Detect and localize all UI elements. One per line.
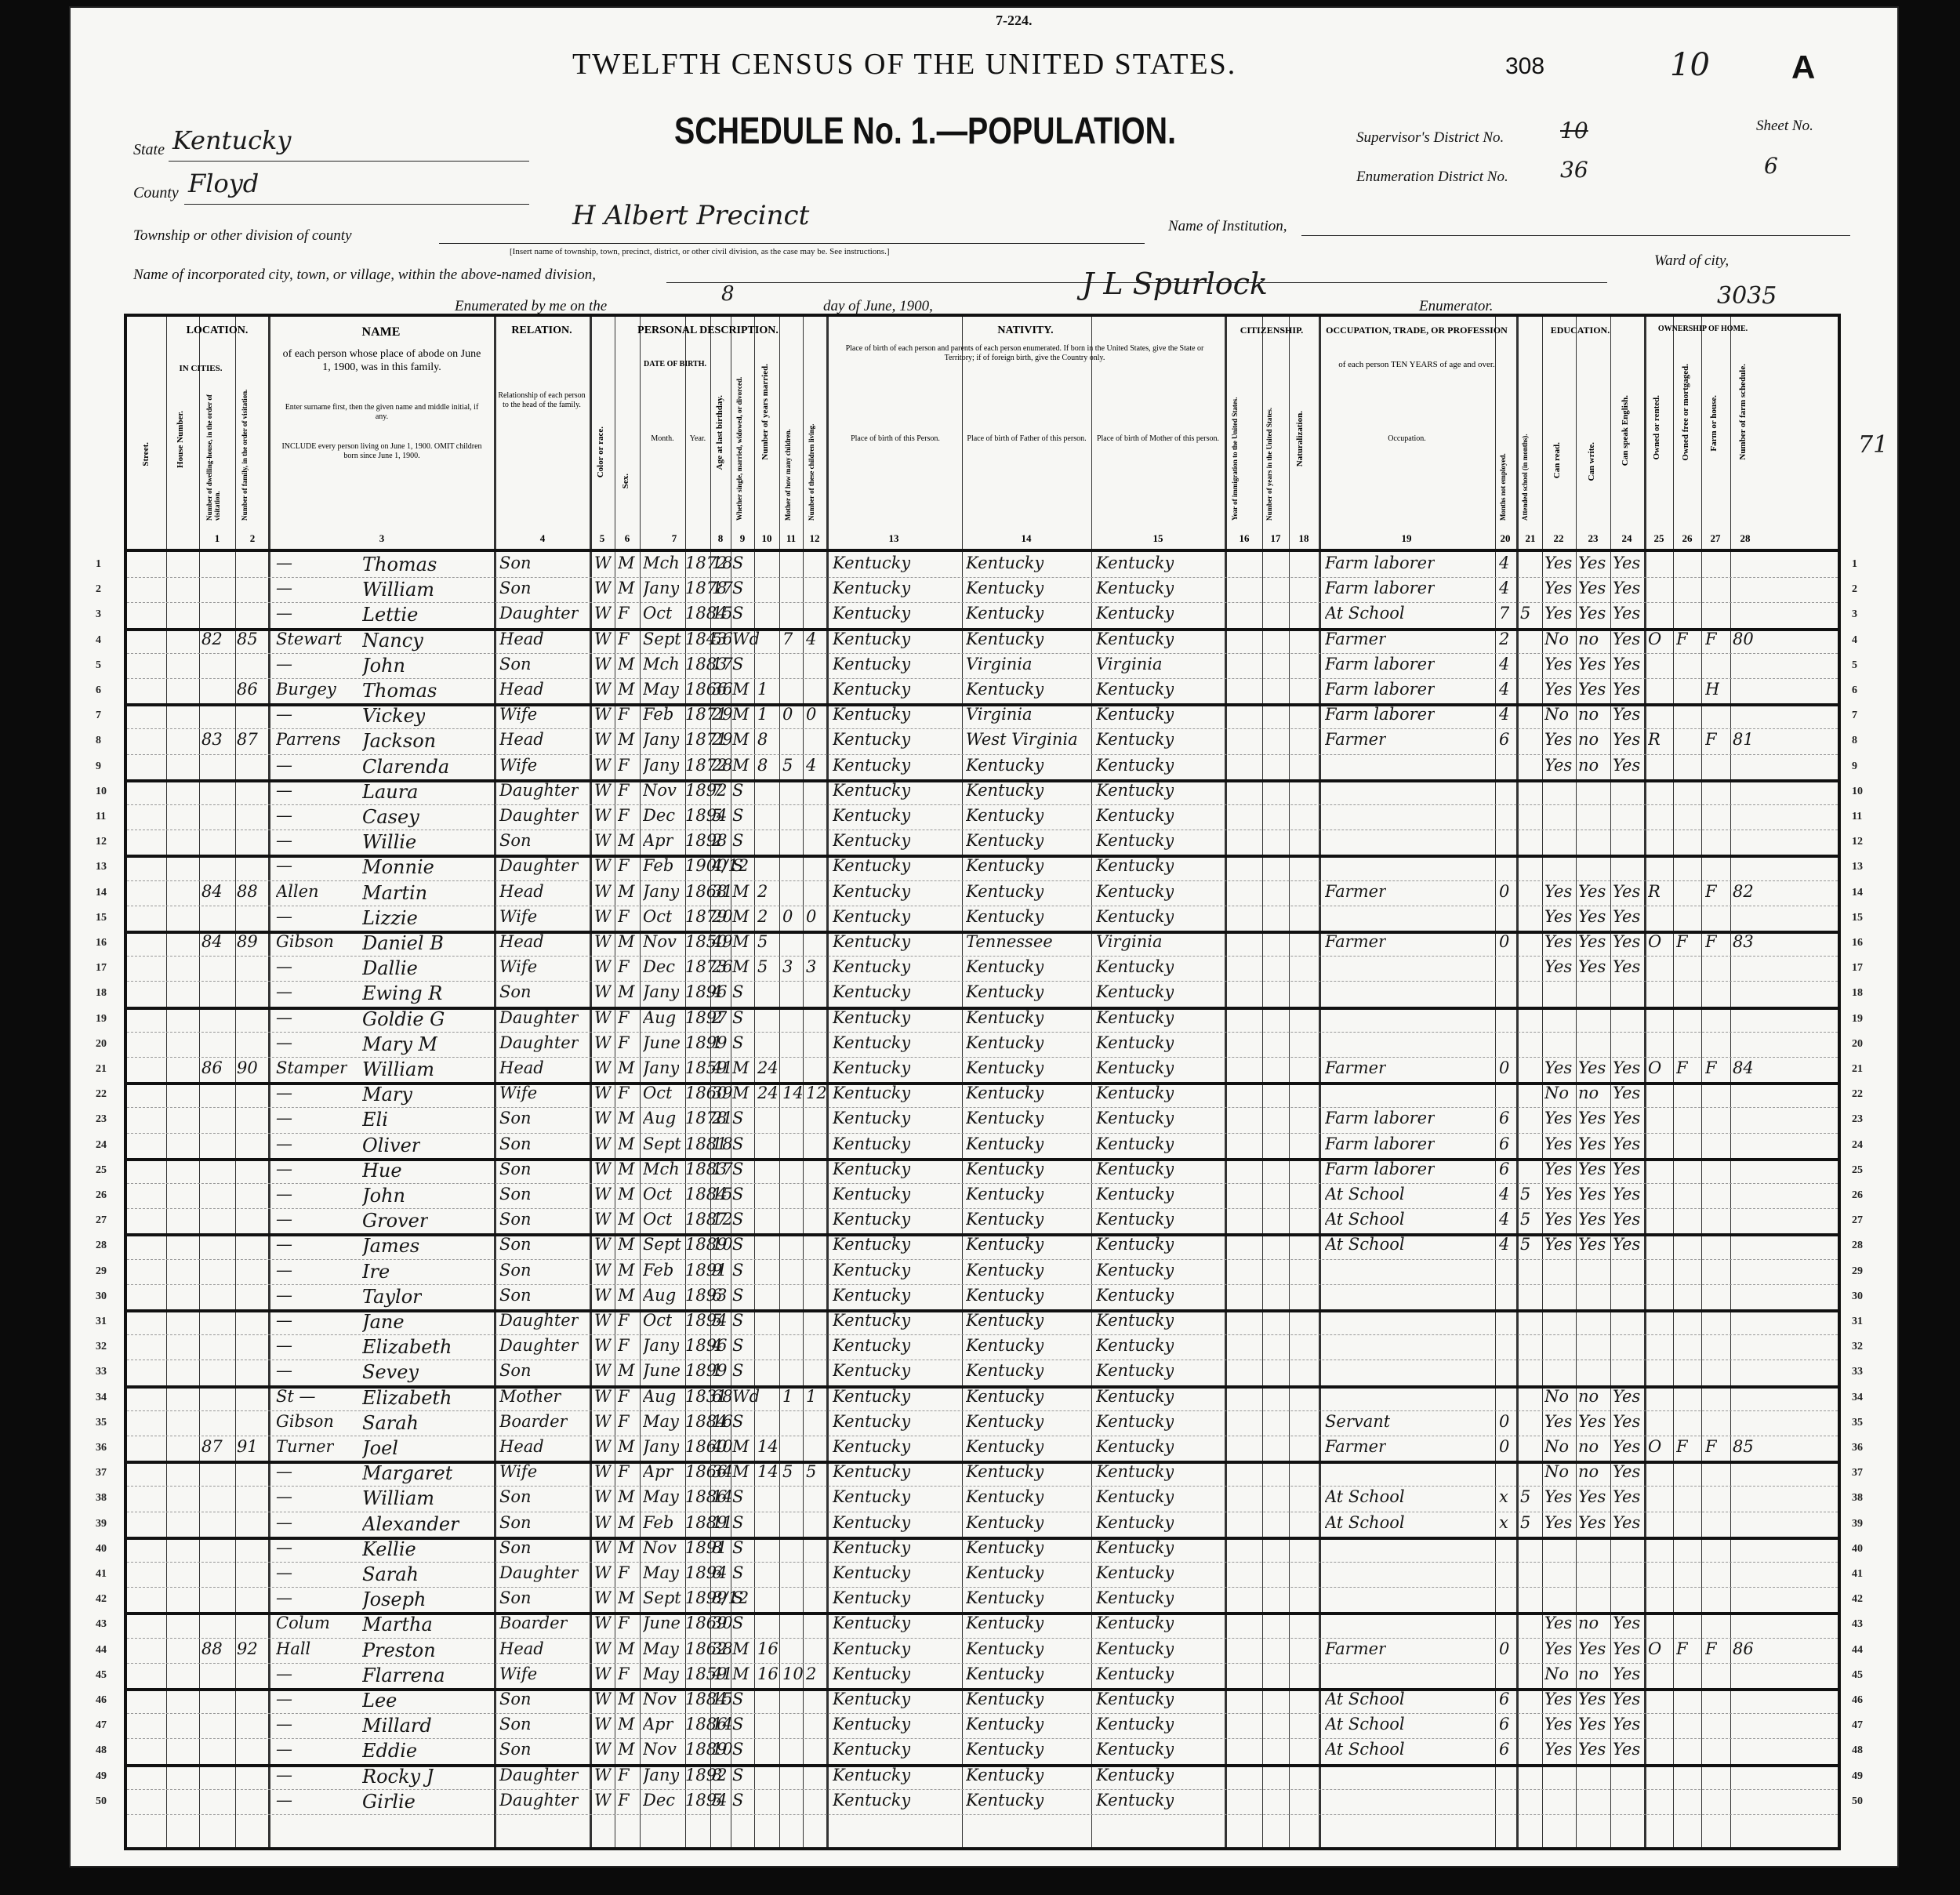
birthplace-mother: Virginia xyxy=(1096,932,1162,951)
relation: Son xyxy=(499,1261,532,1280)
given-name: Goldie G xyxy=(362,1008,445,1030)
color: W xyxy=(594,1715,612,1733)
birthplace-person: Kentucky xyxy=(833,806,910,825)
birthplace-father: Kentucky xyxy=(966,1134,1044,1153)
marital-status: S xyxy=(732,1109,743,1127)
table-row: 19—Goldie GDaughterWFAug18972SKentuckyKe… xyxy=(127,1007,1838,1033)
line-number: 24 xyxy=(96,1139,107,1152)
dwelling-number: 84 xyxy=(201,932,223,951)
sex: F xyxy=(618,781,630,800)
year-header: Year. xyxy=(685,434,710,444)
line-number-right: 44 xyxy=(1852,1644,1863,1657)
vh-marital: Whether single, married, widowed, or div… xyxy=(735,364,743,521)
birth-month: Jany xyxy=(643,1336,679,1355)
age: 40 xyxy=(712,1437,733,1456)
can-read: Yes xyxy=(1544,604,1572,623)
years-married: 8 xyxy=(757,756,768,775)
age: 12 xyxy=(712,1210,733,1229)
color: W xyxy=(594,1690,612,1708)
table-row: 11—CaseyDaughterWFDec18945SKentuckyKentu… xyxy=(127,804,1838,830)
relation: Daughter xyxy=(499,604,579,623)
sex: M xyxy=(618,831,635,850)
speaks-english: Yes xyxy=(1613,932,1640,951)
color: W xyxy=(594,1538,612,1557)
line-number-right: 19 xyxy=(1852,1013,1863,1026)
line-number-right: 31 xyxy=(1852,1316,1863,1328)
marital-status: S xyxy=(732,1513,743,1532)
group-location: LOCATION. xyxy=(166,325,268,338)
birthplace-person: Kentucky xyxy=(833,1033,910,1052)
birth-month: Jany xyxy=(643,730,679,749)
birthplace-person: Kentucky xyxy=(833,1336,910,1355)
given-name: Nancy xyxy=(362,630,423,652)
occupation: Farmer xyxy=(1325,730,1386,749)
sex: M xyxy=(618,1639,635,1658)
marital-status: M xyxy=(732,1437,750,1456)
given-name: Sarah xyxy=(362,1412,419,1434)
months-unemployed: 0 xyxy=(1499,932,1509,951)
months-unemployed: 4 xyxy=(1499,680,1509,699)
line-number-right: 23 xyxy=(1852,1113,1863,1126)
birthplace-mother: Kentucky xyxy=(1096,1008,1174,1027)
given-name: John xyxy=(362,1185,405,1207)
vh-family: Number of family, in the order of visita… xyxy=(241,364,249,521)
speaks-english: Yes xyxy=(1613,1185,1640,1203)
birth-month: Feb xyxy=(643,1513,673,1532)
city-label: Name of incorporated city, town, or vill… xyxy=(133,267,596,284)
color: W xyxy=(594,604,612,623)
birthplace-mother: Kentucky xyxy=(1096,1311,1174,1330)
sex: F xyxy=(618,1033,630,1052)
speaks-english: Yes xyxy=(1613,1664,1640,1683)
surname: — xyxy=(276,1740,292,1759)
state-line xyxy=(169,161,529,162)
birthplace-father: Kentucky xyxy=(966,1563,1044,1582)
years-married: 2 xyxy=(757,907,768,926)
surname: — xyxy=(276,831,292,850)
marital-status: S xyxy=(732,1134,743,1153)
colnum-12: 12 xyxy=(799,532,830,545)
vh-free-mortgaged: Owned free or mortgaged. xyxy=(1681,364,1690,461)
relation: Son xyxy=(499,1210,532,1229)
months-unemployed: 6 xyxy=(1499,1109,1509,1127)
sex: M xyxy=(618,982,635,1001)
farm-schedule-number: 80 xyxy=(1733,630,1754,648)
line-number-right: 22 xyxy=(1852,1088,1863,1101)
can-write: no xyxy=(1578,1084,1599,1102)
age: 16 xyxy=(712,1412,733,1431)
marital-status: S xyxy=(732,781,743,800)
birth-month: May xyxy=(643,1412,679,1431)
color: W xyxy=(594,1791,612,1810)
ward-label: Ward of city, xyxy=(1654,252,1729,270)
occupation: Farm laborer xyxy=(1325,655,1435,673)
birthplace-mother: Kentucky xyxy=(1096,604,1174,623)
line-number: 43 xyxy=(96,1618,107,1631)
township-line xyxy=(439,243,1145,244)
birthplace-father: Kentucky xyxy=(966,1185,1044,1203)
sex: M xyxy=(618,932,635,951)
age: 1 xyxy=(712,1361,722,1380)
birthplace-mother: Kentucky xyxy=(1096,1588,1174,1607)
birth-month: Nov xyxy=(643,932,677,951)
marital-status: S xyxy=(732,1008,743,1027)
marital-status: S xyxy=(732,1361,743,1380)
birthplace-father: Kentucky xyxy=(966,1336,1044,1355)
birthplace-person: Kentucky xyxy=(833,1058,910,1077)
color: W xyxy=(594,957,612,976)
color: W xyxy=(594,1109,612,1127)
birthplace-mother: Kentucky xyxy=(1096,1160,1174,1178)
marital-status: S xyxy=(732,604,743,623)
birthplace-person: Kentucky xyxy=(833,1412,910,1431)
birthplace-mother: Kentucky xyxy=(1096,1791,1174,1810)
line-number-right: 35 xyxy=(1852,1417,1863,1429)
sex: M xyxy=(618,1740,635,1759)
years-married: 24 xyxy=(757,1058,779,1077)
birthplace-person: Kentucky xyxy=(833,957,910,976)
marital-status: S xyxy=(732,1690,743,1708)
census-title: TWELFTH CENSUS OF THE UNITED STATES. xyxy=(572,47,1236,82)
years-married: 1 xyxy=(757,680,768,699)
age: 4 xyxy=(712,982,722,1001)
sex: F xyxy=(618,756,630,775)
color: W xyxy=(594,1664,612,1683)
group-education: EDUCATION. xyxy=(1516,325,1644,336)
vh-years-us: Number of years in the United States. xyxy=(1265,364,1273,521)
can-read: No xyxy=(1544,1437,1569,1456)
table-row: 28—JamesSonWMSept188910SKentuckyKentucky… xyxy=(127,1233,1838,1259)
color: W xyxy=(594,1740,612,1759)
line-number: 18 xyxy=(96,987,107,1000)
marital-status: M xyxy=(732,907,750,926)
birthplace-mother: Kentucky xyxy=(1096,957,1174,976)
birth-month: May xyxy=(643,680,679,699)
table-row: 24—OliverSonWMSept188118SKentuckyKentuck… xyxy=(127,1133,1838,1161)
birthplace-mother: Kentucky xyxy=(1096,1437,1174,1456)
birthplace-father: Kentucky xyxy=(966,856,1044,875)
can-write: Yes xyxy=(1578,1513,1606,1532)
can-read: Yes xyxy=(1544,957,1572,976)
birthplace-father: Kentucky xyxy=(966,1033,1044,1052)
birthplace-father: Kentucky xyxy=(966,1614,1044,1632)
birth-month: May xyxy=(643,1563,679,1582)
can-write: no xyxy=(1578,730,1599,749)
given-name: Taylor xyxy=(362,1286,422,1308)
relation: Son xyxy=(499,554,532,572)
birth-father-header: Place of birth of Father of this person. xyxy=(966,434,1087,444)
surname: — xyxy=(276,1361,292,1380)
farm-house: H xyxy=(1705,680,1719,699)
relation: Daughter xyxy=(499,806,579,825)
line-number-right: 21 xyxy=(1852,1063,1863,1076)
birthplace-mother: Kentucky xyxy=(1096,579,1174,597)
age: 34 xyxy=(712,1462,733,1481)
dwelling-number: 86 xyxy=(201,1058,223,1077)
birth-month: Sept xyxy=(643,1588,681,1607)
family-number: 89 xyxy=(237,932,258,951)
children-born: 1 xyxy=(782,1387,793,1406)
vh-can-write: Can write. xyxy=(1587,442,1596,481)
owned-rented: O xyxy=(1648,1639,1661,1658)
can-read: No xyxy=(1544,1084,1569,1102)
children-born: 0 xyxy=(782,705,793,724)
months-unemployed: 0 xyxy=(1499,1639,1509,1658)
occupation: Farm laborer xyxy=(1325,705,1435,724)
sex: M xyxy=(618,1588,635,1607)
institution-line xyxy=(1301,235,1850,236)
table-row: 31—JaneDaughterWFOct18945SKentuckyKentuc… xyxy=(127,1309,1838,1335)
line-number: 25 xyxy=(96,1164,107,1177)
given-name: Sarah xyxy=(362,1563,419,1585)
given-name: Mary xyxy=(362,1084,412,1105)
relation: Daughter xyxy=(499,1791,579,1810)
group-in-cities: IN CITIES. xyxy=(166,364,235,374)
surname: — xyxy=(276,781,292,800)
school-months: 5 xyxy=(1520,1185,1530,1203)
age: 30 xyxy=(712,1614,733,1632)
vh-owned-rented: Owned or rented. xyxy=(1652,395,1661,459)
years-married: 16 xyxy=(757,1639,779,1658)
owned-rented: O xyxy=(1648,1437,1661,1456)
surname: St — xyxy=(276,1387,316,1406)
birthplace-mother: Kentucky xyxy=(1096,1487,1174,1506)
relation: Son xyxy=(499,1235,532,1254)
sex: F xyxy=(618,1614,630,1632)
line-number: 20 xyxy=(96,1038,107,1051)
surname: — xyxy=(276,1160,292,1178)
group-citizenship: CITIZENSHIP. xyxy=(1225,325,1319,336)
birthplace-person: Kentucky xyxy=(833,1109,910,1127)
sex: M xyxy=(618,1235,635,1254)
relation: Son xyxy=(499,1361,532,1380)
marital-status: S xyxy=(732,831,743,850)
table-row: 148488AllenMartinHeadWMJany186831M2Kentu… xyxy=(127,880,1838,906)
birthplace-mother: Kentucky xyxy=(1096,1185,1174,1203)
relation: Daughter xyxy=(499,1008,579,1027)
table-row: 3—LettieDaughterWFOct188415SKentuckyKent… xyxy=(127,602,1838,630)
speaks-english: Yes xyxy=(1613,1134,1640,1153)
marital-status: Wd xyxy=(732,1387,760,1406)
marital-status: S xyxy=(732,1210,743,1229)
relation: Son xyxy=(499,831,532,850)
line-number-right: 28 xyxy=(1852,1240,1863,1252)
relation: Son xyxy=(499,1588,532,1607)
surname: — xyxy=(276,806,292,825)
birthplace-person: Kentucky xyxy=(833,630,910,648)
birthplace-mother: Kentucky xyxy=(1096,856,1174,875)
marital-status: M xyxy=(732,756,750,775)
vh-naturalization: Naturalization. xyxy=(1295,411,1305,466)
line-number-right: 12 xyxy=(1852,836,1863,848)
line-number: 40 xyxy=(96,1543,107,1556)
line-number: 12 xyxy=(96,836,107,848)
birthplace-person: Kentucky xyxy=(833,1235,910,1254)
speaks-english: Yes xyxy=(1613,1513,1640,1532)
years-married: 5 xyxy=(757,932,768,951)
birthplace-father: Kentucky xyxy=(966,630,1044,648)
can-read: Yes xyxy=(1544,1235,1572,1254)
birth-month: Aug xyxy=(643,1008,676,1027)
line-number-right: 33 xyxy=(1852,1366,1863,1378)
speaks-english: Yes xyxy=(1613,1487,1640,1506)
table-row: 33—SeveySonWMJune18991SKentuckyKentuckyK… xyxy=(127,1360,1838,1388)
given-name: Thomas xyxy=(362,554,437,575)
farm-schedule-number: 82 xyxy=(1733,882,1754,901)
birthplace-mother: Kentucky xyxy=(1096,1690,1174,1708)
free-mortgaged: F xyxy=(1676,1639,1688,1658)
line-number-right: 36 xyxy=(1852,1442,1863,1454)
birthplace-mother: Kentucky xyxy=(1096,1058,1174,1077)
can-read: Yes xyxy=(1544,655,1572,673)
age: 6 xyxy=(712,1286,722,1305)
color: W xyxy=(594,1614,612,1632)
line-number: 38 xyxy=(96,1492,107,1505)
line-number: 32 xyxy=(96,1341,107,1353)
relation-description: Relationship of each person to the head … xyxy=(497,391,586,410)
surname: — xyxy=(276,1766,292,1784)
vh-speak-english: Can speak English. xyxy=(1621,395,1630,466)
marital-status: S xyxy=(732,1261,743,1280)
birthplace-mother: Kentucky xyxy=(1096,630,1174,648)
color: W xyxy=(594,932,612,951)
line-number-right: 37 xyxy=(1852,1467,1863,1479)
line-number: 17 xyxy=(96,962,107,975)
line-number: 35 xyxy=(96,1417,107,1429)
birthplace-mother: Kentucky xyxy=(1096,1286,1174,1305)
line-number: 37 xyxy=(96,1467,107,1479)
age: 36 xyxy=(712,680,733,699)
line-number: 5 xyxy=(96,659,101,672)
months-unemployed: 4 xyxy=(1499,1210,1509,1229)
birthplace-mother: Kentucky xyxy=(1096,1715,1174,1733)
side-mark: 71 xyxy=(1858,431,1888,459)
line-number-right: 3 xyxy=(1852,608,1857,621)
line-number-right: 42 xyxy=(1852,1593,1863,1606)
group-nativity: NATIVITY. xyxy=(826,325,1225,338)
county-line xyxy=(184,204,529,205)
line-number-right: 18 xyxy=(1852,987,1863,1000)
speaks-english: Yes xyxy=(1613,680,1640,699)
line-number-right: 45 xyxy=(1852,1669,1863,1682)
birthplace-person: Kentucky xyxy=(833,1563,910,1582)
surname: Gibson xyxy=(276,1412,334,1431)
county-label: County xyxy=(133,184,179,202)
sex: F xyxy=(618,1791,630,1810)
birth-month: June xyxy=(643,1614,681,1632)
given-name: John xyxy=(362,655,405,677)
age: 29 xyxy=(712,705,733,724)
birthplace-father: Kentucky xyxy=(966,1058,1044,1077)
birth-month: Oct xyxy=(643,1210,672,1229)
color: W xyxy=(594,1336,612,1355)
birthplace-mother: Kentucky xyxy=(1096,1033,1174,1052)
colnum-24: 24 xyxy=(1611,532,1642,545)
birthplace-father: Kentucky xyxy=(966,1513,1044,1532)
birthplace-father: Kentucky xyxy=(966,1109,1044,1127)
dwelling-number: 88 xyxy=(201,1639,223,1658)
color: W xyxy=(594,831,612,850)
line-number: 9 xyxy=(96,761,101,773)
can-read: Yes xyxy=(1544,882,1572,901)
free-mortgaged: F xyxy=(1676,1437,1688,1456)
can-read: No xyxy=(1544,1462,1569,1481)
birthplace-mother: Kentucky xyxy=(1096,705,1174,724)
line-number-right: 10 xyxy=(1852,786,1863,798)
table-row: 448892HallPrestonHeadWMMay186238M16Kentu… xyxy=(127,1638,1838,1664)
children-living: 3 xyxy=(806,957,816,976)
birthplace-person: Kentucky xyxy=(833,1664,910,1683)
age: 9 xyxy=(712,1261,722,1280)
birthplace-person: Kentucky xyxy=(833,1740,910,1759)
sex: M xyxy=(618,1513,635,1532)
surname: — xyxy=(276,756,292,775)
age: 2 xyxy=(712,1008,722,1027)
margin-number: 3035 xyxy=(1717,282,1777,310)
can-write: Yes xyxy=(1578,1058,1606,1077)
line-number: 23 xyxy=(96,1113,107,1126)
colnum-1: 1 xyxy=(201,532,233,545)
color: W xyxy=(594,1311,612,1330)
color: W xyxy=(594,1286,612,1305)
speaks-english: Yes xyxy=(1613,604,1640,623)
age: 21 xyxy=(712,1109,733,1127)
sex: F xyxy=(618,705,630,724)
line-number: 13 xyxy=(96,861,107,873)
marital-status: S xyxy=(732,1791,743,1810)
sex: F xyxy=(618,806,630,825)
birth-month: Jany xyxy=(643,756,679,775)
table-row: 27—GroverSonWMOct188712SKentuckyKentucky… xyxy=(127,1208,1838,1236)
given-name: Millard xyxy=(362,1715,432,1737)
can-write: no xyxy=(1578,1437,1599,1456)
birth-month: May xyxy=(643,1664,679,1683)
sex: F xyxy=(618,1766,630,1784)
color: W xyxy=(594,1766,612,1784)
given-name: Lizzie xyxy=(362,907,418,929)
occupation: Farm laborer xyxy=(1325,1109,1435,1127)
children-living: 2 xyxy=(806,1664,816,1683)
line-number-right: 6 xyxy=(1852,684,1857,697)
speaks-english: Yes xyxy=(1613,1412,1640,1431)
enumerated-day: 8 xyxy=(721,282,735,306)
birthplace-father: Kentucky xyxy=(966,579,1044,597)
vh-immigration: Year of immigration to the United States… xyxy=(1231,364,1239,521)
colnum-23: 23 xyxy=(1577,532,1609,545)
line-number: 44 xyxy=(96,1644,107,1657)
years-married: 2 xyxy=(757,882,768,901)
birthplace-mother: Kentucky xyxy=(1096,1261,1174,1280)
surname: — xyxy=(276,1134,292,1153)
color: W xyxy=(594,1134,612,1153)
owned-rented: O xyxy=(1648,630,1661,648)
surname: Allen xyxy=(276,882,319,901)
sex: M xyxy=(618,1437,635,1456)
family-number: 91 xyxy=(237,1437,258,1456)
color: W xyxy=(594,1387,612,1406)
given-name: Martin xyxy=(362,882,427,904)
birthplace-mother: Kentucky xyxy=(1096,781,1174,800)
relation: Son xyxy=(499,1286,532,1305)
color: W xyxy=(594,1639,612,1658)
birthplace-father: Kentucky xyxy=(966,1412,1044,1431)
relation: Head xyxy=(499,932,544,951)
months-unemployed: 6 xyxy=(1499,730,1509,749)
surname: — xyxy=(276,554,292,572)
can-write: Yes xyxy=(1578,1412,1606,1431)
age: 49 xyxy=(712,932,733,951)
owned-rented: O xyxy=(1648,1058,1661,1077)
